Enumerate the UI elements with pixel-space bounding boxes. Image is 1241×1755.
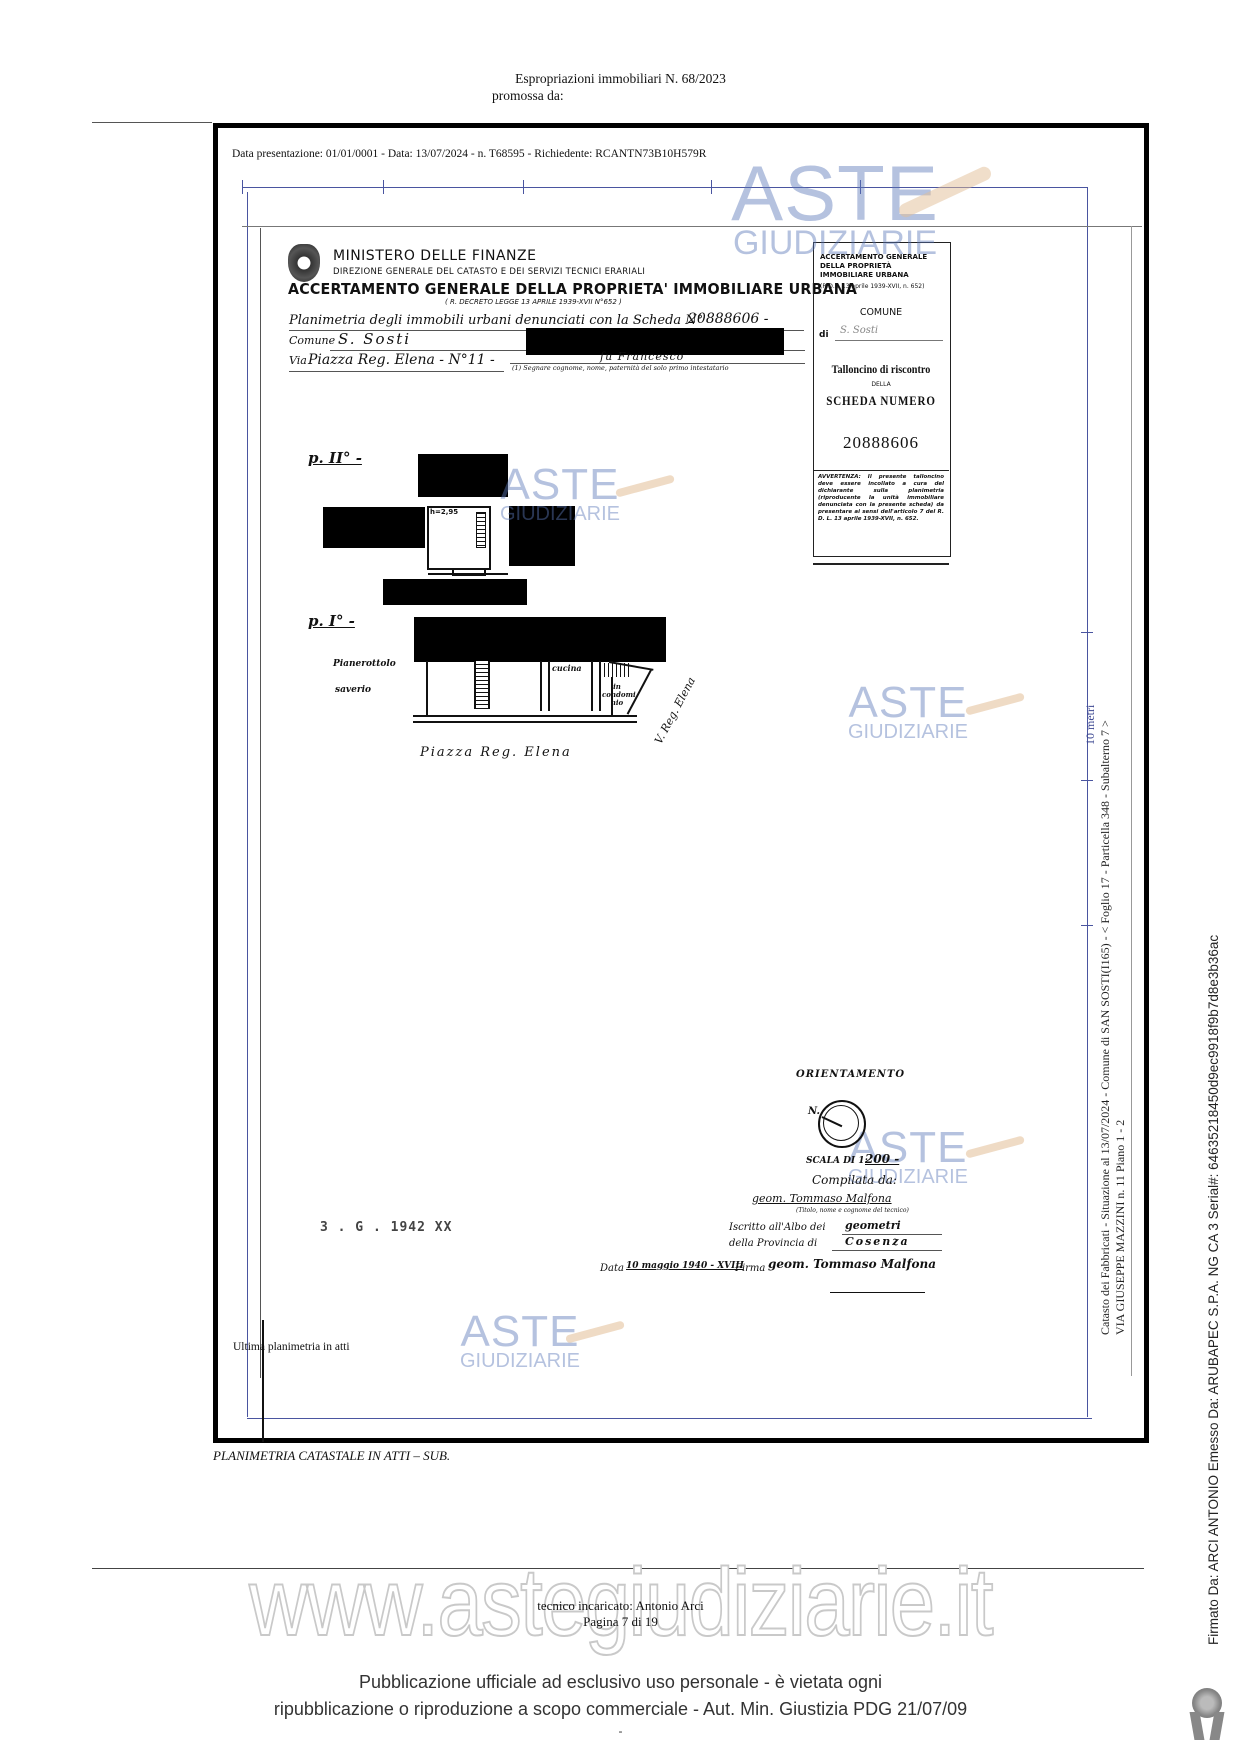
owner-value: fu Francesco xyxy=(600,350,684,363)
owner-note: (1) Segnare cognome, nome, paternità del… xyxy=(512,364,729,372)
north-label: N. xyxy=(808,1106,820,1117)
sheet-right-edge xyxy=(1131,226,1132,1376)
talloncino-divider xyxy=(813,470,949,471)
comune-value: S. Sosti xyxy=(338,330,411,348)
albo-value: geometri xyxy=(845,1219,901,1232)
signature-underline xyxy=(830,1292,925,1293)
talloncino-decree: (R.D.L. 13 aprile 1939-XVII, n. 652) xyxy=(820,283,924,290)
province-label: della Provincia di xyxy=(729,1238,817,1249)
cadastre-info-line2: VIA GIUSEPPE MAZZINI n. 11 Piano 1 - 2 xyxy=(1113,1120,1128,1335)
watermark-bottom-text: GIUDIZIARIE xyxy=(818,723,998,741)
ruler-right xyxy=(1087,187,1088,1417)
scale-ruler-label: 10 metri xyxy=(1083,705,1098,745)
form-line xyxy=(835,340,943,341)
footer-page-number: Pagina 7 di 19 xyxy=(0,1613,1241,1630)
floor-1-outline xyxy=(426,661,613,717)
warning-text: Il presente talloncino deve essere incol… xyxy=(818,474,944,522)
scheda-number-handwritten: 20888606 - xyxy=(688,311,768,327)
scale-value: 200 - xyxy=(865,1152,899,1166)
redaction-block xyxy=(383,579,527,605)
presentation-info: Data presentazione: 01/01/0001 - Data: 1… xyxy=(232,148,706,160)
watermark-bottom-text: GIUDIZIARIE xyxy=(470,505,650,523)
footer-technician: tecnico incaricato: Antonio Arci xyxy=(0,1597,1241,1614)
room-label: Pianerottolo xyxy=(333,659,396,669)
ruler-tick xyxy=(1081,780,1093,781)
compass-inner xyxy=(823,1105,859,1141)
scale-label: SCALA DI 1: xyxy=(806,1156,868,1166)
ruler-tick xyxy=(383,180,384,194)
watermark-bottom-text: GIUDIZIARIE xyxy=(430,1352,610,1370)
comune-label: Comune xyxy=(289,334,335,347)
plan-decree: ( R. DECRETO LEGGE 13 APRILE 1939-XVII N… xyxy=(445,298,622,306)
floor-2-label: p. II° - xyxy=(308,449,362,467)
digital-signature-text: Firmato Da: ARCI ANTONIO Emesso Da: ARUB… xyxy=(1206,935,1221,1645)
compiled-label: Compilata da: xyxy=(812,1173,897,1187)
albo-label: Iscritto all'Albo dei xyxy=(729,1222,826,1233)
staircase-icon xyxy=(474,661,490,709)
sheet-left-edge xyxy=(260,228,261,1378)
emblem-icon xyxy=(288,244,320,282)
via-value: Piazza Reg. Elena - N°11 - xyxy=(308,352,495,368)
talloncino-title: Talloncino di riscontro xyxy=(823,362,939,377)
planimetria-label: Planimetria degli immobili urbani denunc… xyxy=(289,313,703,328)
document-header-title: Espropriazioni immobiliari N. 68/2023 xyxy=(0,70,1241,87)
talloncino-scheda-value: 20888606 xyxy=(813,433,949,453)
compiled-note: (Titolo, nome e cognome del tecnico) xyxy=(796,1207,909,1214)
compiled-value: geom. Tommaso Malfona xyxy=(752,1192,892,1205)
talloncino-di-value: S. Sosti xyxy=(840,325,878,336)
ministry-direction: DIREZIONE GENERALE DEL CATASTO E DEI SER… xyxy=(333,267,645,277)
publication-notice-line2: ripubblicazione o riproduzione a scopo c… xyxy=(0,1699,1241,1720)
firma-label: Firma xyxy=(735,1263,765,1274)
publication-notice-line1: Pubblicazione ufficiale ad esclusivo uso… xyxy=(0,1672,1241,1693)
orientation-title: ORIENTAMENTO xyxy=(796,1069,905,1080)
ruler-tick xyxy=(1081,925,1093,926)
plan-caption: PLANIMETRIA CATASTALE IN ATTI – SUB. xyxy=(213,1448,450,1464)
ruler-tick xyxy=(242,180,243,194)
form-line xyxy=(289,371,504,372)
street-bottom: Piazza Reg. Elena xyxy=(420,745,572,760)
redaction-block xyxy=(323,507,425,548)
ruler-tick xyxy=(523,180,524,194)
date-value: 10 maggio 1940 - XVIII xyxy=(626,1261,744,1271)
redaction-block xyxy=(414,617,666,662)
ruler-left xyxy=(247,192,248,1417)
talloncino-della: DELLA xyxy=(813,381,949,388)
ruler-tick xyxy=(1081,632,1093,633)
plan-main-title: ACCERTAMENTO GENERALE DELLA PROPRIETA' I… xyxy=(288,280,857,298)
header-divider xyxy=(92,122,212,123)
room-label: saverio xyxy=(335,685,371,695)
document-header-promoter: promossa da: xyxy=(492,88,564,104)
talloncino-di-label: di xyxy=(819,330,829,340)
watermark-bottom-text: GIUDIZIARIE xyxy=(670,228,1000,259)
ministry-name: MINISTERO DELLE FINANZE xyxy=(333,248,536,264)
wall-line xyxy=(428,573,508,575)
talloncino-comune-label: COMUNE xyxy=(813,307,949,318)
province-value: Cosenza xyxy=(845,1235,910,1248)
cadastre-info-line1: Catasto dei Fabbricati - Situazione al 1… xyxy=(1098,720,1113,1335)
floor-1-label: p. I° - xyxy=(308,612,355,630)
form-line xyxy=(832,1250,942,1251)
date-label: Data xyxy=(600,1263,624,1274)
room-height: h=2,95 xyxy=(430,508,458,516)
watermark-top-text: ASTE xyxy=(470,465,650,505)
watermark-aste: ASTEGIUDIZIARIE xyxy=(430,1312,610,1370)
watermark-aste: ASTEGIUDIZIARIE xyxy=(670,158,1000,259)
watermark-top-text: ASTE xyxy=(818,683,998,723)
warning-title: AVVERTENZA: xyxy=(818,474,861,480)
edge-mark xyxy=(262,1320,264,1442)
talloncino-warning: AVVERTENZA: Il presente talloncino deve … xyxy=(818,474,944,523)
firma-signature: geom. Tommaso Malfona xyxy=(768,1257,936,1271)
talloncino-underline xyxy=(813,563,949,565)
wall xyxy=(540,661,550,711)
facade-line xyxy=(413,715,637,723)
date-stamp: 3 . G . 1942 XX xyxy=(320,1220,452,1235)
ruler-bottom xyxy=(247,1418,1092,1419)
last-plan-label: Ultima planimetria in atti xyxy=(233,1341,350,1353)
publication-notice-line3: - xyxy=(0,1724,1241,1738)
via-label: Via xyxy=(289,354,307,367)
talloncino-scheda-label: SCHEDA NUMERO xyxy=(823,393,939,409)
